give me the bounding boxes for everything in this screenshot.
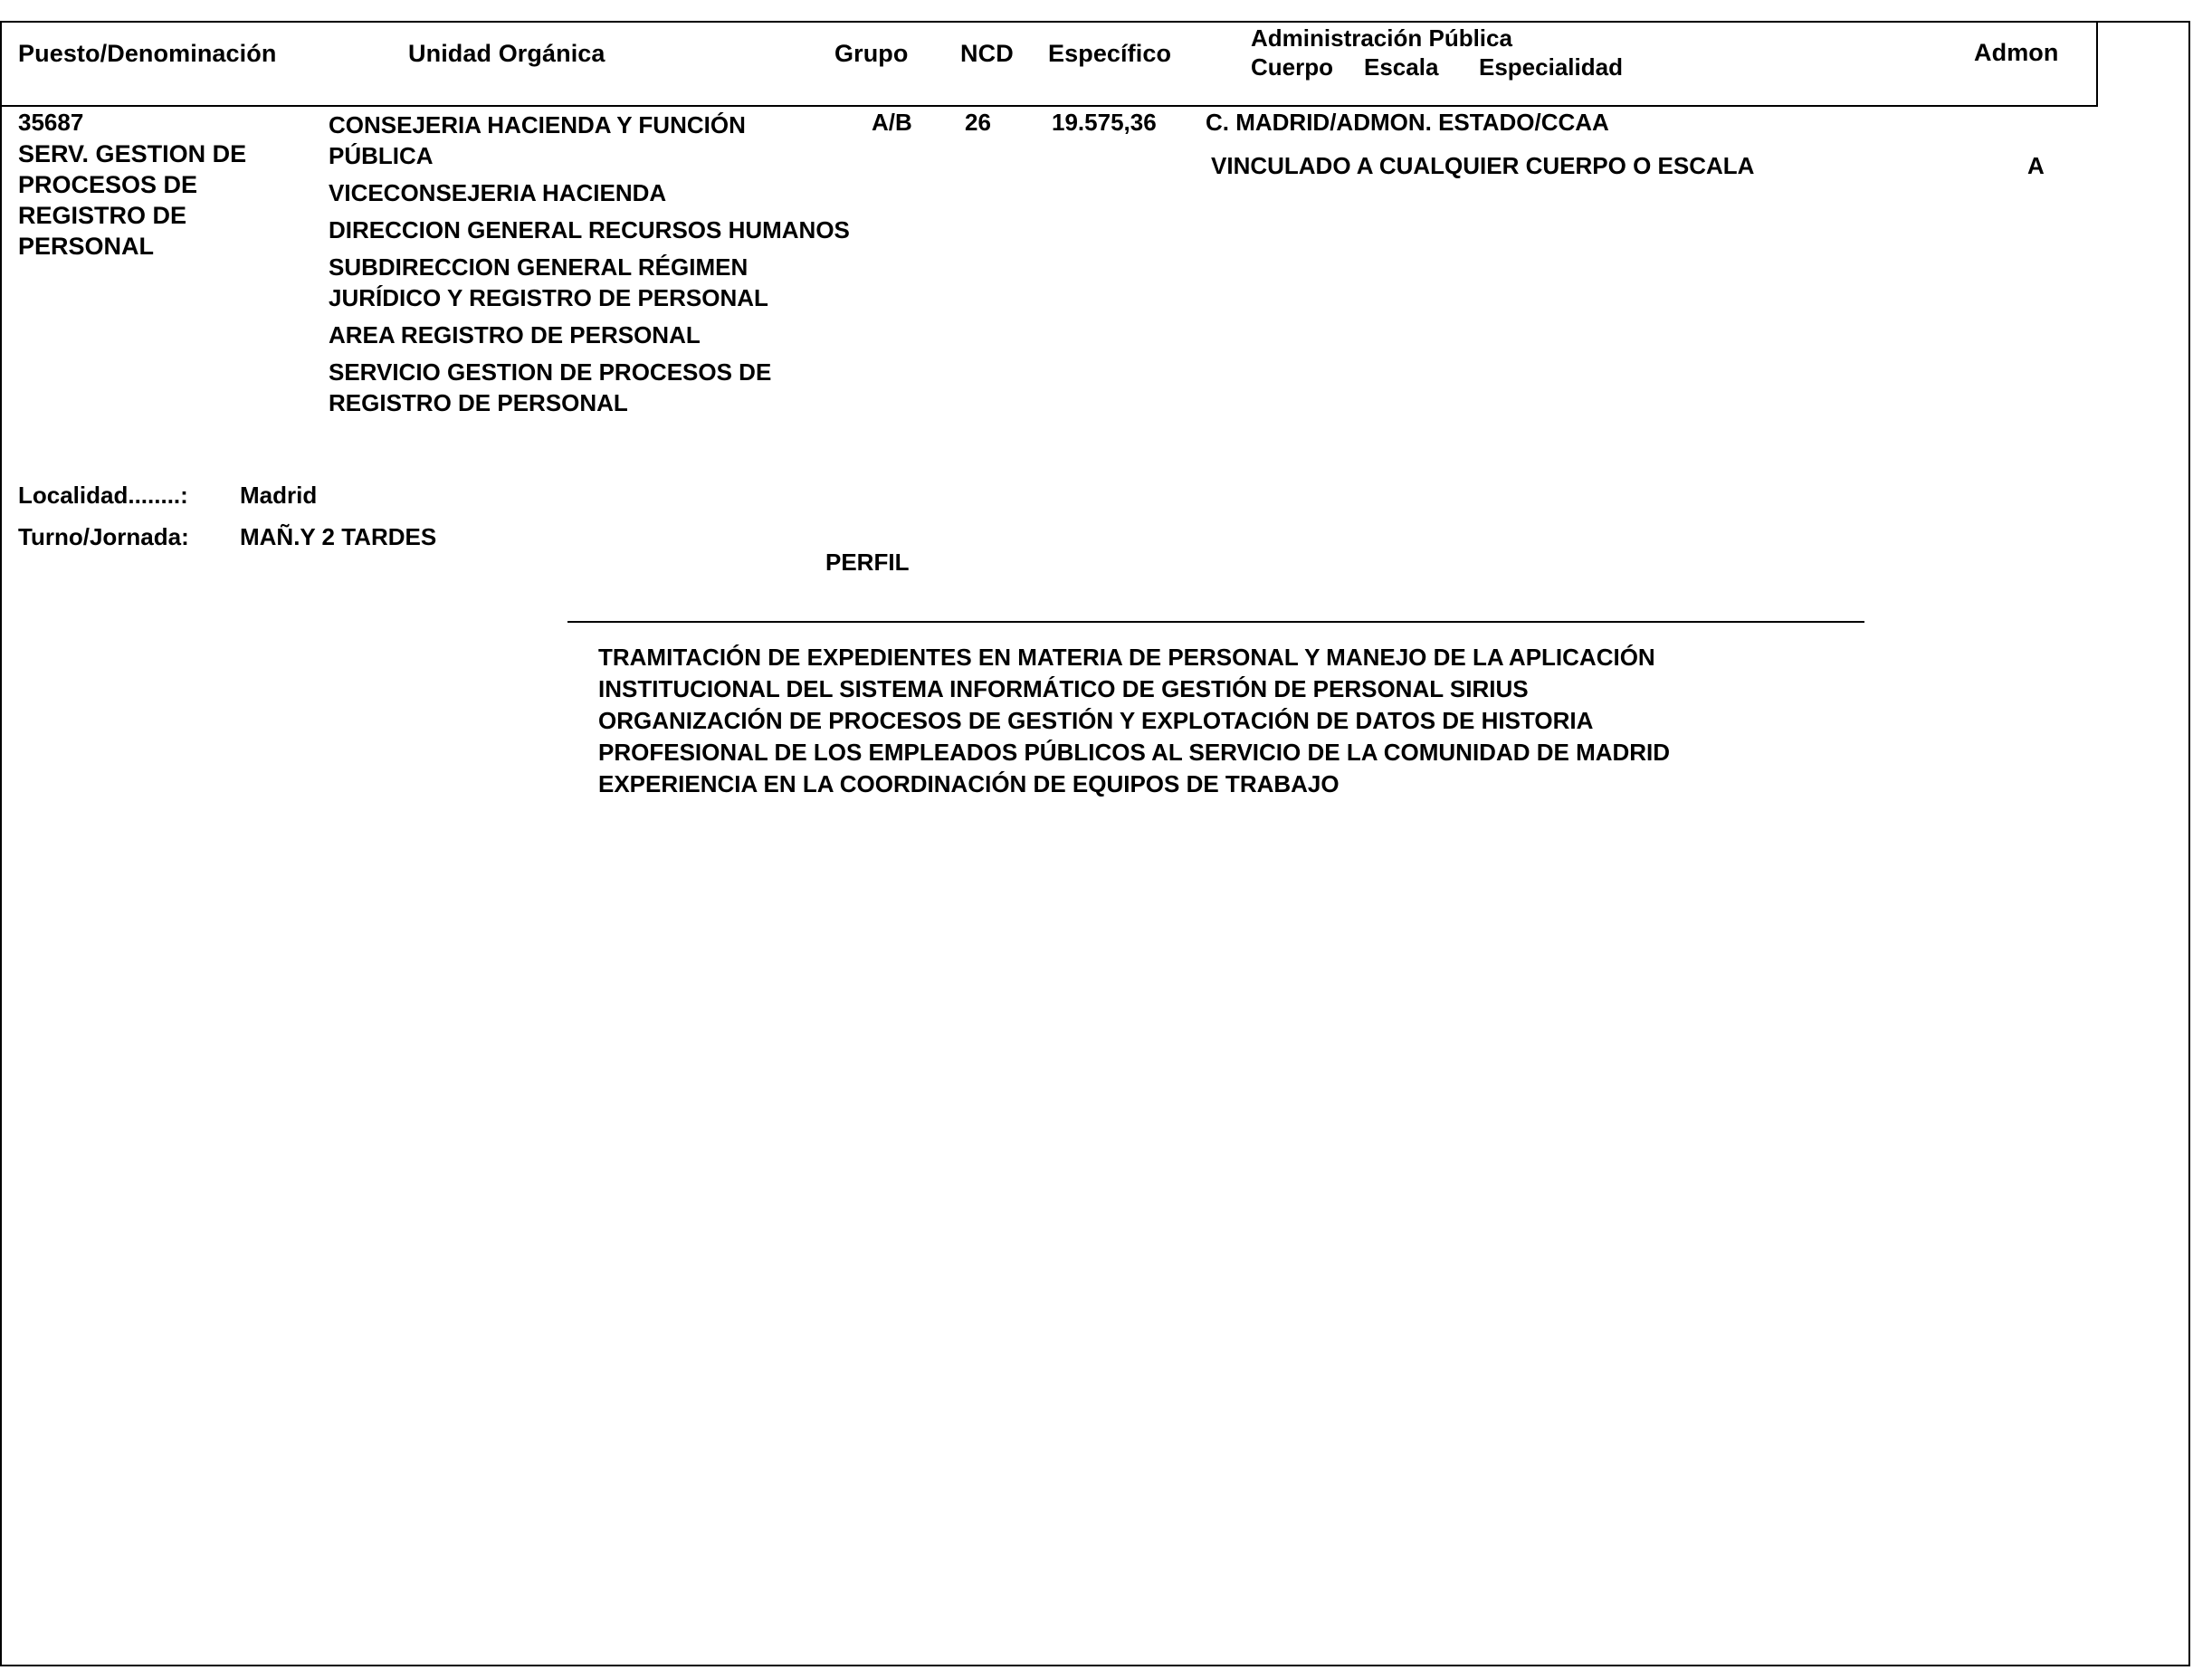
perfil-line: ORGANIZACIÓN DE PROCESOS DE GESTIÓN Y EX… [598, 705, 1670, 737]
perfil-title: PERFIL [825, 547, 909, 578]
perfil-line: PROFESIONAL DE LOS EMPLEADOS PÚBLICOS AL… [598, 737, 1670, 768]
header-escala: Escala [1364, 53, 1438, 81]
ncd-value: 26 [965, 107, 991, 138]
especifico-value: 19.575,36 [1052, 107, 1157, 138]
puesto-codigo: 35687 [18, 107, 83, 138]
unidad-item: AREA REGISTRO DE PERSONAL [329, 320, 853, 350]
turno-label: Turno/Jornada: [18, 521, 189, 553]
header-administracion: Administración Pública [1251, 24, 1512, 52]
administracion-value: C. MADRID/ADMON. ESTADO/CCAA [1206, 107, 1609, 138]
puesto-denominacion: SERV. GESTION DE PROCESOS DE REGISTRO DE… [18, 138, 290, 262]
grupo-value: A/B [872, 107, 912, 138]
unidad-item: DIRECCION GENERAL RECURSOS HUMANOS [329, 215, 853, 245]
perfil-line: EXPERIENCIA EN LA COORDINACIÓN DE EQUIPO… [598, 768, 1670, 800]
unidad-organica-list: CONSEJERIA HACIENDA Y FUNCIÓN PÚBLICA VI… [329, 110, 853, 425]
header-unidad: Unidad Orgánica [408, 40, 605, 68]
perfil-line: TRAMITACIÓN DE EXPEDIENTES EN MATERIA DE… [598, 642, 1670, 673]
perfil-text: TRAMITACIÓN DE EXPEDIENTES EN MATERIA DE… [598, 642, 1670, 800]
header-especifico: Específico [1048, 40, 1171, 68]
header-cuerpo: Cuerpo [1251, 53, 1333, 81]
header-grupo: Grupo [834, 40, 909, 68]
turno-value: MAÑ.Y 2 TARDES [240, 521, 436, 553]
unidad-item: CONSEJERIA HACIENDA Y FUNCIÓN PÚBLICA [329, 110, 853, 171]
unidad-item: VICECONSEJERIA HACIENDA [329, 177, 853, 208]
admon-value: A [2027, 150, 2045, 182]
header-admon: Admon [1974, 39, 2058, 67]
perfil-divider [567, 621, 1864, 623]
header-especialidad: Especialidad [1479, 53, 1623, 81]
perfil-line: INSTITUCIONAL DEL SISTEMA INFORMÁTICO DE… [598, 673, 1670, 705]
cuerpo-escala-value: VINCULADO A CUALQUIER CUERPO O ESCALA [1211, 150, 1754, 182]
localidad-value: Madrid [240, 480, 317, 511]
header-ncd: NCD [960, 40, 1014, 68]
header-puesto: Puesto/Denominación [18, 40, 276, 68]
localidad-label: Localidad........: [18, 480, 188, 511]
unidad-item: SUBDIRECCION GENERAL RÉGIMEN JURÍDICO Y … [329, 252, 853, 313]
unidad-item: SERVICIO GESTION DE PROCESOS DE REGISTRO… [329, 357, 853, 418]
